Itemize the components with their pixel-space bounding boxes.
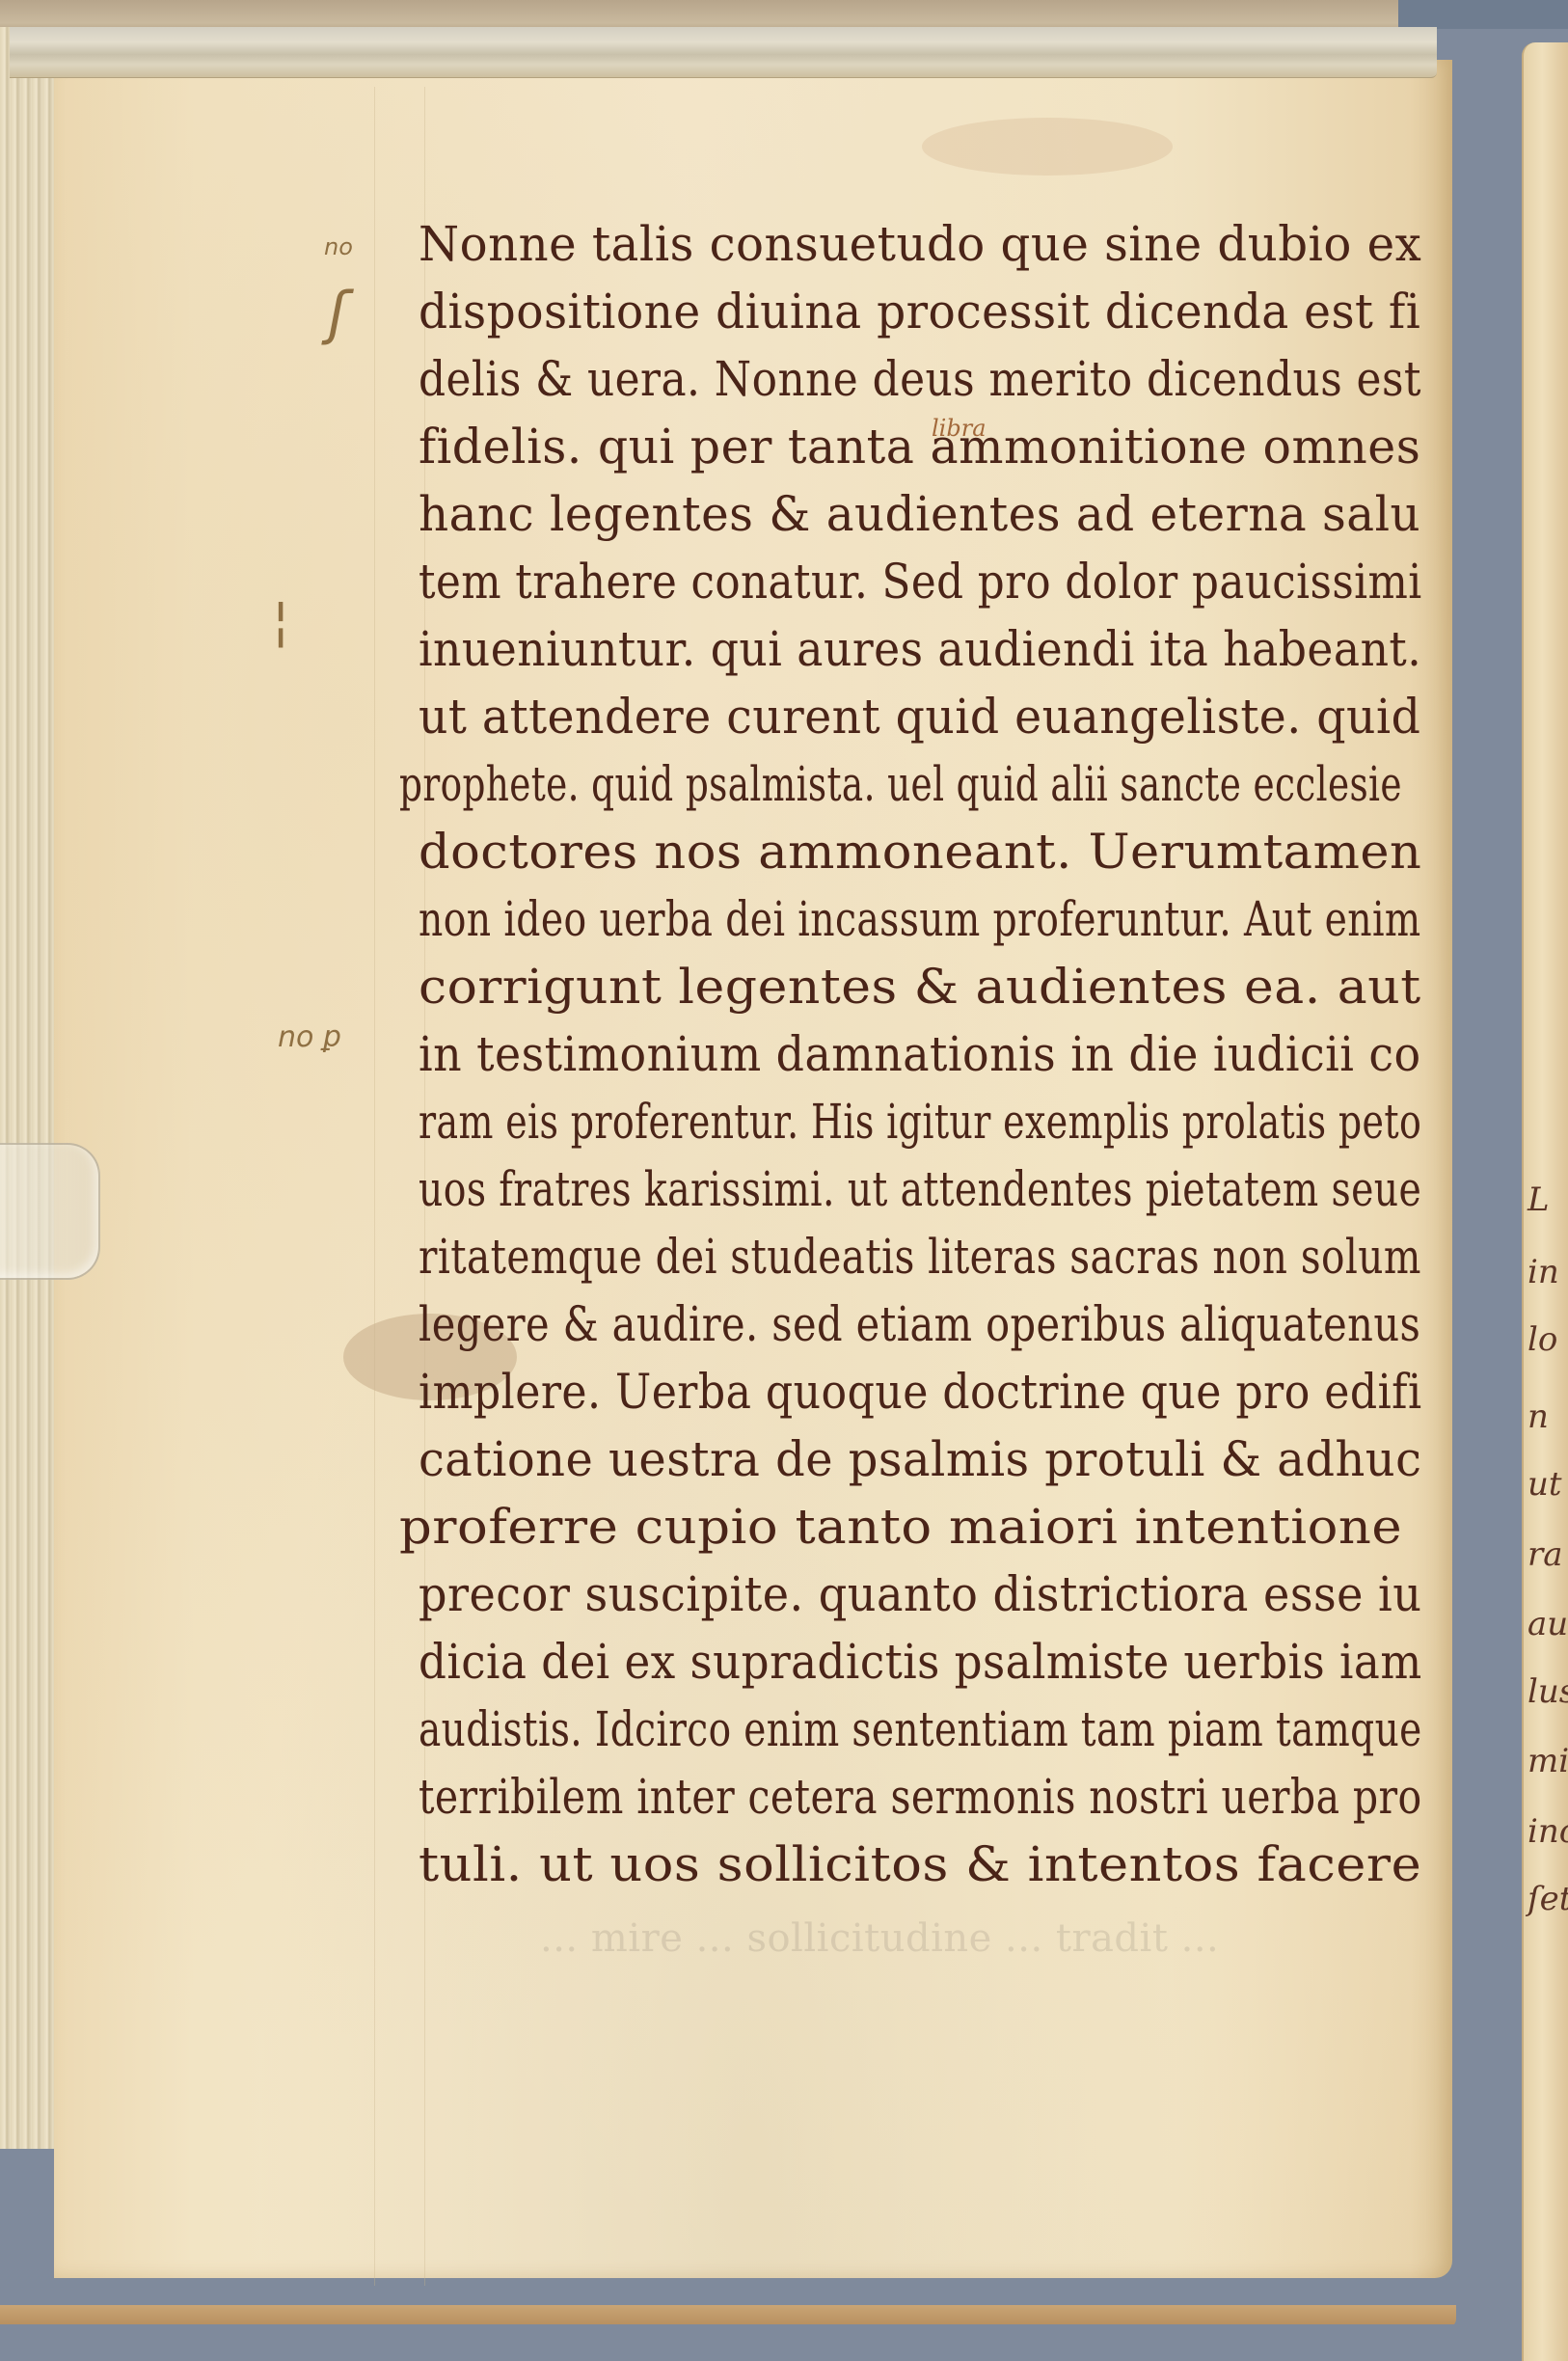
text-line: fidelis. qui per tanta ammonitione omnes (419, 422, 1420, 471)
text-line: hanc legentes & audientes ad eterna salu (419, 490, 1420, 538)
background-bottom (0, 2324, 1568, 2361)
text-line: audistis. Idcirco enim sententiam tam pi… (419, 1705, 1422, 1753)
background-top-right (1398, 0, 1568, 29)
facing-page-fragment: mis (1527, 1742, 1568, 1780)
bleed-through-text: ... mire ... sollicitudine ... tradit ..… (540, 1919, 1219, 1958)
facing-page-fragment: lo (1527, 1320, 1557, 1359)
text-line: prophete. quid psalmista. uel quid alii … (399, 760, 1402, 808)
facing-page-fragment: in (1527, 1253, 1559, 1291)
facing-page-fragment: lus (1527, 1672, 1568, 1711)
text-line: precor suscipite. quanto districtiora es… (419, 1570, 1421, 1618)
page-stack-left (0, 27, 59, 2149)
text-line: corrigunt legentes & audientes ea. aut (419, 963, 1421, 1011)
text-line: ut attendere curent quid euangeliste. qu… (419, 692, 1420, 741)
transparent-page-clip (0, 1143, 100, 1280)
margin-note-nota: no (324, 233, 353, 260)
facing-page-fragment: L (1527, 1180, 1550, 1219)
margin-note-nota-monogram: no ꝑ (278, 1020, 341, 1054)
text-line: ritatemque dei studeatis literas sacras … (419, 1233, 1421, 1281)
text-line: implere. Uerba quoque doctrine que pro e… (419, 1368, 1422, 1416)
text-line: proferre cupio tanto maiori intentione (399, 1503, 1402, 1551)
text-line: dicia dei ex supradictis psalmiste uerbi… (419, 1638, 1422, 1686)
text-line: inueniuntur. qui aures audiendi ita habe… (419, 625, 1421, 673)
facing-page-fragment: au (1527, 1605, 1568, 1643)
ruling-line-left (374, 87, 375, 2286)
text-line: non ideo uerba dei incassum proferuntur.… (419, 895, 1421, 943)
text-line: uos fratres karissimi. ut attendentes pi… (419, 1165, 1421, 1213)
text-line: dispositione diuina processit dicenda es… (419, 287, 1420, 336)
text-line: catione uestra de psalmis protuli & adhu… (419, 1435, 1421, 1483)
margin-note-squiggle: ʃ (328, 280, 347, 347)
text-line: tem trahere conatur. Sed pro dolor pauci… (419, 557, 1422, 606)
text-line: in testimonium damnationis in die iudici… (419, 1030, 1421, 1078)
facing-page-fragment: ut (1527, 1465, 1562, 1504)
facing-page-fragment: ſet.ne (1527, 1880, 1568, 1918)
text-line: tuli. ut uos sollicitos & intentos facer… (419, 1840, 1421, 1888)
parchment-stain (922, 118, 1173, 176)
page-stack-top (10, 27, 1437, 78)
facing-page: L in lo n ut ra au lus mis incis ſet.ne (1522, 42, 1568, 2361)
margin-note-stroke: ¦ (272, 590, 289, 651)
text-line: legere & audire. sed etiam operibus aliq… (419, 1300, 1420, 1348)
facing-page-fragment: n (1527, 1398, 1549, 1436)
text-line: doctores nos ammoneant. Uerumtamen (419, 828, 1421, 876)
facing-page-fragment: incis (1527, 1812, 1568, 1851)
text-line: delis & uera. Nonne deus merito dicendus… (419, 355, 1421, 403)
text-line: terribilem inter cetera sermonis nostri … (419, 1773, 1422, 1821)
facing-page-fragment: ra (1527, 1535, 1563, 1574)
text-line: ram eis proferentur. His igitur exemplis… (419, 1098, 1421, 1146)
text-line: Nonne talis consuetudo que sine dubio ex (419, 220, 1421, 268)
